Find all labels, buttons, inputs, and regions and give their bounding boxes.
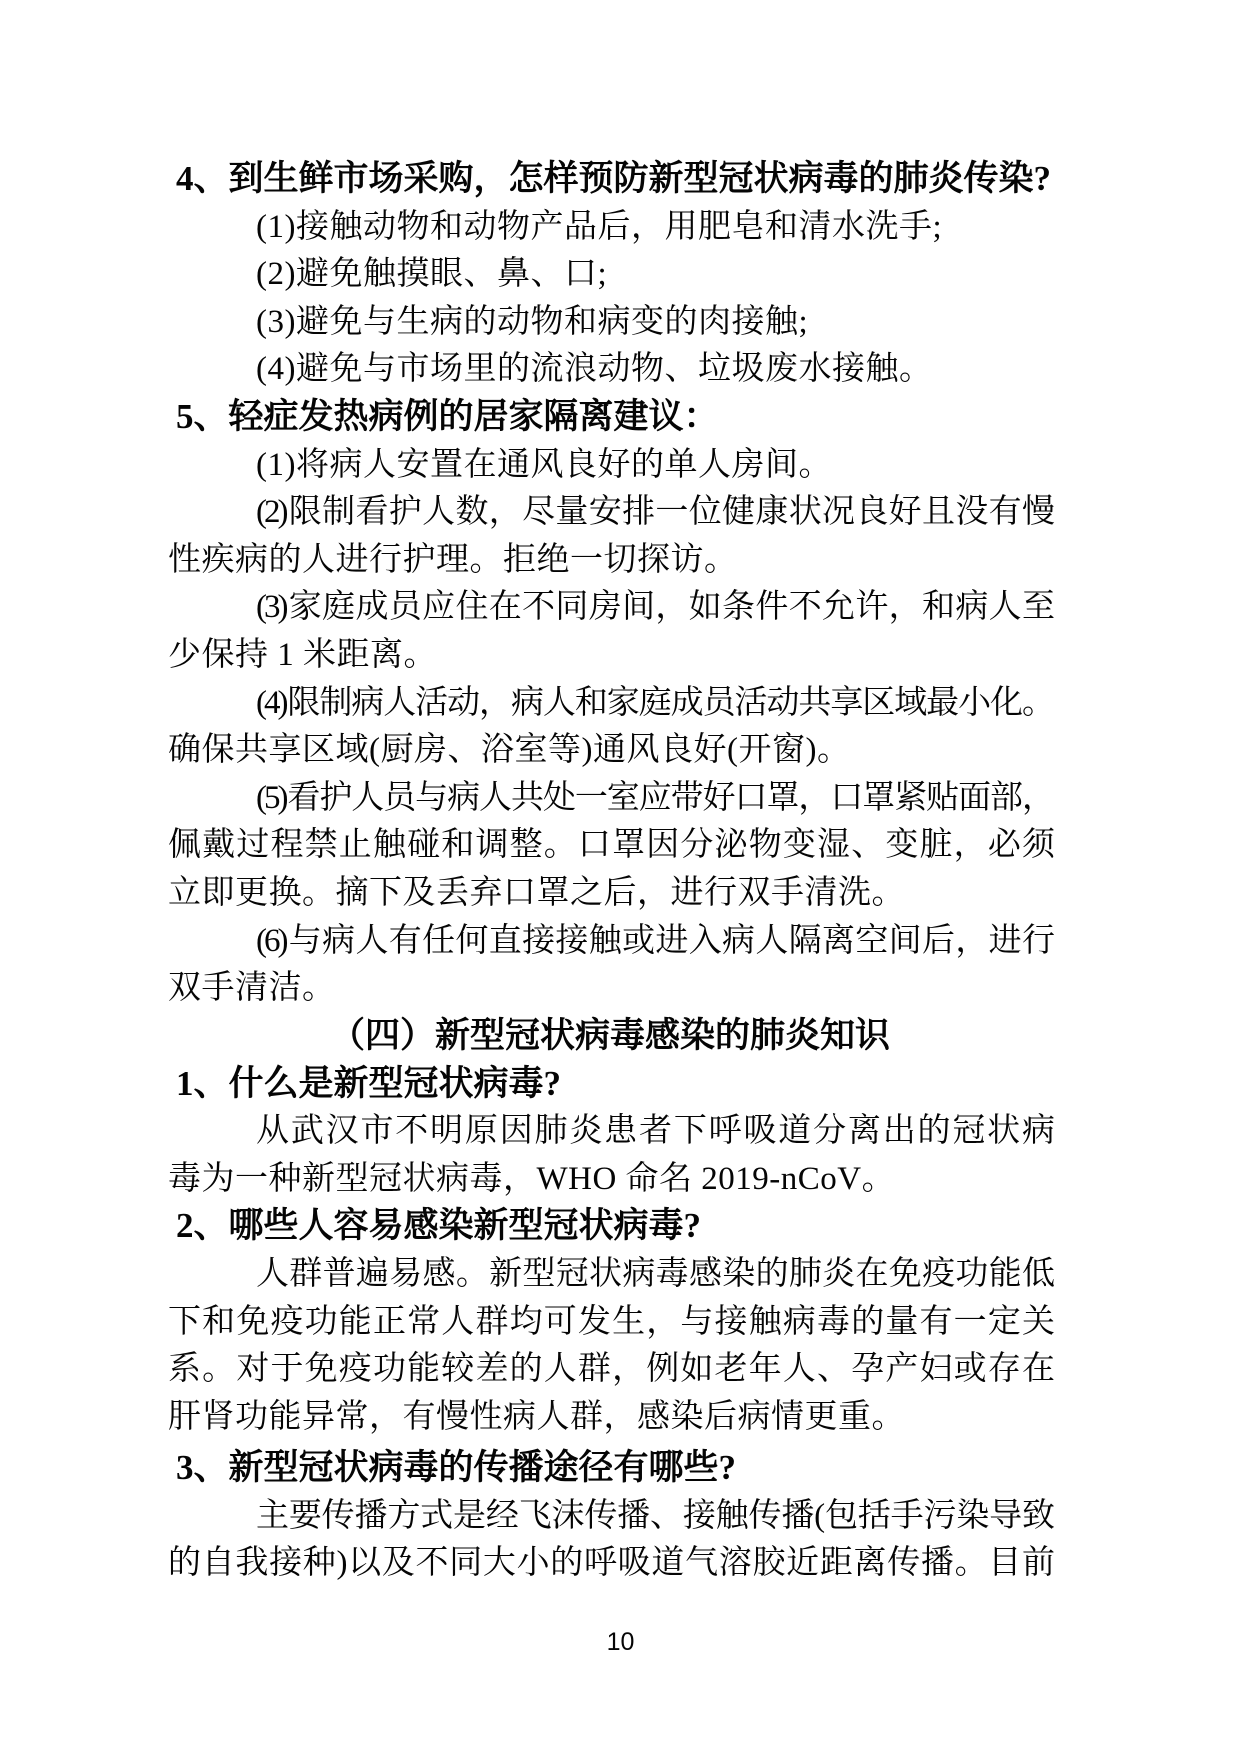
list-item: (5)看护人员与病人共处一室应带好口罩，口罩紧贴面部，: [168, 774, 1052, 822]
list-item: (2)限制看护人数，尽量安排一位健康状况良好且没有慢: [168, 488, 1052, 536]
list-item: (3)家庭成员应住在不同房间，如条件不允许，和病人至: [168, 583, 1052, 631]
paragraph-line: 主要传播方式是经飞沫传播、接触传播(包括手污染导致: [168, 1492, 1052, 1540]
question2-heading: 2、哪些人容易感染新型冠状病毒?: [176, 1202, 701, 1250]
paragraph-line: 毒为一种新型冠状病毒，WHO 命名 2019-nCoV。: [168, 1155, 1052, 1203]
paragraph-line: 下和免疫功能正常人群均可发生，与接触病毒的量有一定关: [168, 1298, 1052, 1346]
paragraph-line: 人群普遍易感。新型冠状病毒感染的肺炎在免疫功能低: [168, 1250, 1052, 1298]
paragraph-line: 性疾病的人进行护理。拒绝一切探访。: [168, 536, 1052, 584]
page-number: 10: [0, 1622, 1241, 1662]
paragraph-line: 少保持 1 米距离。: [168, 631, 1052, 679]
list-item: (1)接触动物和动物产品后，用肥皂和清水洗手;: [168, 203, 1052, 251]
document-page: 4、到生鲜市场采购，怎样预防新型冠状病毒的肺炎传染? (1)接触动物和动物产品后…: [0, 0, 1241, 1755]
list-item: (3)避免与生病的动物和病变的肉接触;: [168, 298, 1052, 346]
list-item: (1)将病人安置在通风良好的单人房间。: [168, 441, 1052, 489]
list-item: (6)与病人有任何直接接触或进入病人隔离空间后，进行: [168, 917, 1052, 965]
section5-heading: 5、轻症发热病例的居家隔离建议：: [176, 393, 719, 441]
list-item: (4)避免与市场里的流浪动物、垃圾废水接触。: [168, 345, 1052, 393]
question3-heading: 3、新型冠状病毒的传播途径有哪些?: [176, 1444, 736, 1492]
list-item: (4)限制病人活动，病人和家庭成员活动共享区域最小化。: [168, 679, 1052, 727]
list-item: (2)避免触摸眼、鼻、口;: [168, 250, 1052, 298]
paragraph-line: 佩戴过程禁止触碰和调整。口罩因分泌物变湿、变脏，必须: [168, 821, 1052, 869]
part4-heading: （四）新型冠状病毒感染的肺炎知识: [168, 1012, 1052, 1060]
paragraph-line: 系。对于免疫功能较差的人群，例如老年人、孕产妇或存在: [168, 1345, 1052, 1393]
paragraph-line: 立即更换。摘下及丢弃口罩之后，进行双手清洗。: [168, 869, 1052, 917]
question1-heading: 1、什么是新型冠状病毒?: [176, 1060, 561, 1108]
paragraph-line: 的自我接种)以及不同大小的呼吸道气溶胶近距离传播。目前: [168, 1539, 1052, 1587]
section4-heading: 4、到生鲜市场采购，怎样预防新型冠状病毒的肺炎传染?: [176, 155, 1051, 203]
paragraph-line: 从武汉市不明原因肺炎患者下呼吸道分离出的冠状病: [168, 1107, 1052, 1155]
paragraph-line: 确保共享区域(厨房、浴室等)通风良好(开窗)。: [168, 726, 1052, 774]
paragraph-line: 肝肾功能异常，有慢性病人群，感染后病情更重。: [168, 1393, 1052, 1441]
paragraph-line: 双手清洁。: [168, 964, 1052, 1012]
